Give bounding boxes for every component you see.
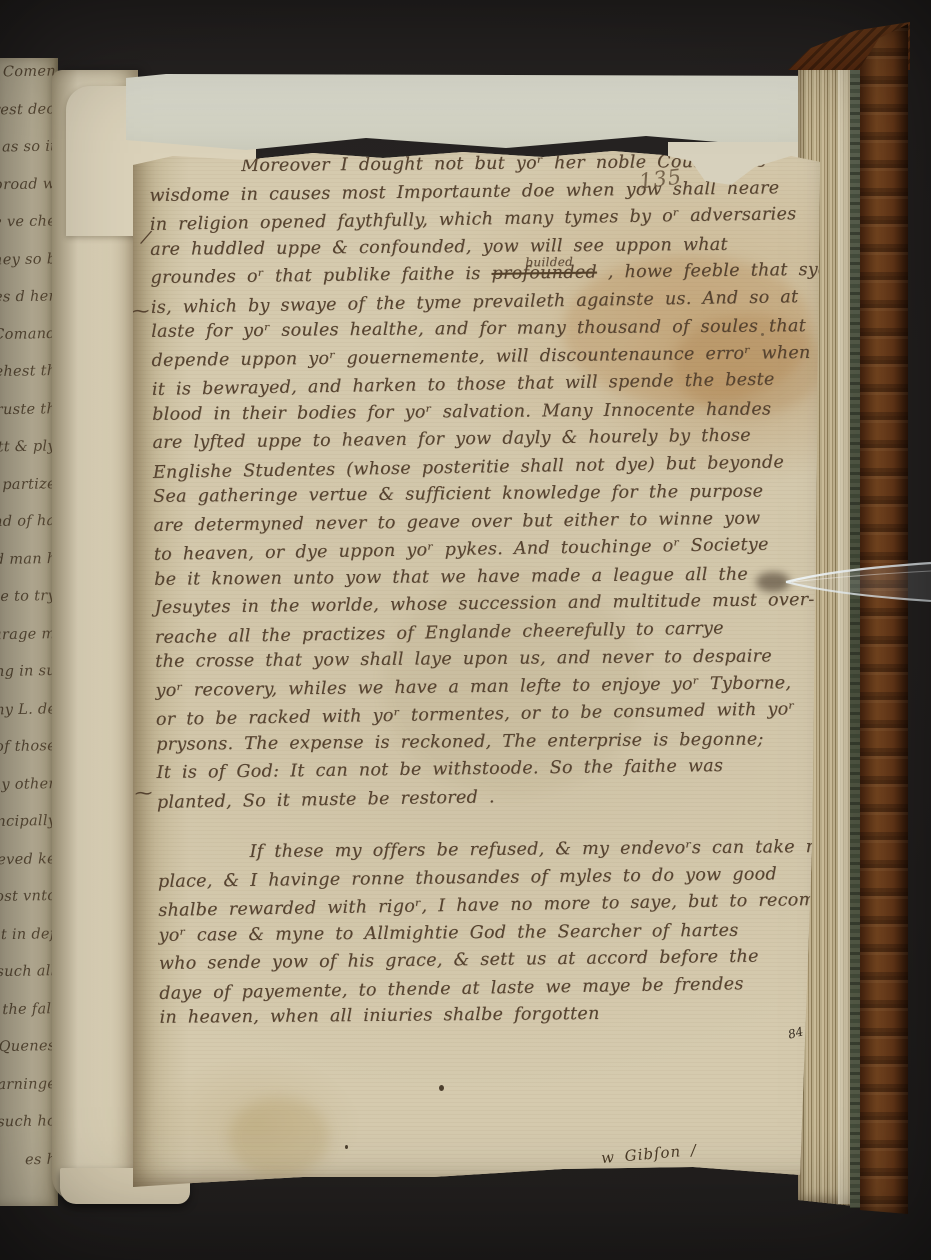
facing-page-line-fragment: & such ho xyxy=(0,1113,56,1130)
marginal-mark: ∼ xyxy=(133,783,154,804)
facing-page-line-fragment: ng attend of ha xyxy=(0,513,56,531)
facing-page-line-fragment: at in such all xyxy=(0,963,56,981)
facing-page-line-fragment: ande behest th xyxy=(0,363,56,381)
facing-page-line-fragment: to the Quenes xyxy=(0,1038,56,1056)
facing-page-line-fragment: ans forte to try xyxy=(0,588,56,606)
facing-page-line-fragment: beleeved ke xyxy=(0,851,56,869)
facing-page-line-fragment: ought in def xyxy=(0,926,56,944)
facing-page-line-fragment: tt & partize xyxy=(0,476,56,494)
facing-page-line-fragment: ch among in su xyxy=(0,663,56,681)
facing-page-line-fragment: a courage m xyxy=(0,626,56,644)
facing-page-line-fragment: Lordes Comand xyxy=(0,325,56,343)
glass-page-weight xyxy=(778,550,931,614)
manuscript-page: 135 Moreover I dought not but yoʳ her no… xyxy=(133,145,820,1187)
manuscript-line: in heaven, when all iniuries shalbe forg… xyxy=(159,999,817,1032)
owner-inscription: w Gibſon / xyxy=(600,1141,697,1167)
facing-page-line-fragment: t they so b xyxy=(0,251,56,268)
photograph-background: o Comentrest deoas so itthe broad wte ve… xyxy=(0,0,931,1260)
facing-page-line-fragment: o Comen xyxy=(0,63,56,80)
facing-page-line-fragment: so truste th xyxy=(0,401,56,419)
paper-stain xyxy=(229,1097,329,1177)
facing-page-line-fragment: lie, learninge xyxy=(0,1076,56,1094)
ink-speck xyxy=(345,1145,348,1149)
facing-page-line-fragment: h a dead man h xyxy=(0,550,56,568)
paragraph: If these my offers be refused, & my ende… xyxy=(157,833,817,1034)
manuscript-text: Moreover I dought not but yoʳ her noble … xyxy=(149,147,818,1033)
leather-binding xyxy=(860,24,908,1214)
facing-page-line-fragment: so we most vnto xyxy=(0,888,56,906)
interlineation: builded xyxy=(525,249,573,277)
facing-page-line-fragment: e my L. de xyxy=(0,701,56,718)
facing-page-line-fragment: sett & ply xyxy=(0,438,56,455)
gutter-page xyxy=(52,70,138,1202)
ink-speck xyxy=(439,1085,444,1091)
facing-page-line-fragment: te ve che xyxy=(0,213,56,230)
marginal-mark: ∼ xyxy=(130,301,151,322)
facing-page-edge: o Comentrest deoas so itthe broad wte ve… xyxy=(0,58,58,1206)
facing-page-line-fragment: the broad w xyxy=(0,176,56,194)
facing-page-line-fragment: none of those xyxy=(0,738,56,756)
facing-page-line-fragment: as so it xyxy=(2,139,57,156)
paragraph: Moreover I dought not but yoʳ her noble … xyxy=(149,147,815,815)
facing-page-line-fragment: come the fall xyxy=(0,1001,56,1019)
facing-page-line-fragment: their principally xyxy=(0,813,56,831)
facing-page-line-fragment: nor any other xyxy=(0,776,56,794)
facing-page-line-fragment: es d her xyxy=(0,288,56,305)
facing-page-line-fragment: trest deo xyxy=(0,101,56,118)
glass-rod-graphic xyxy=(778,550,931,614)
